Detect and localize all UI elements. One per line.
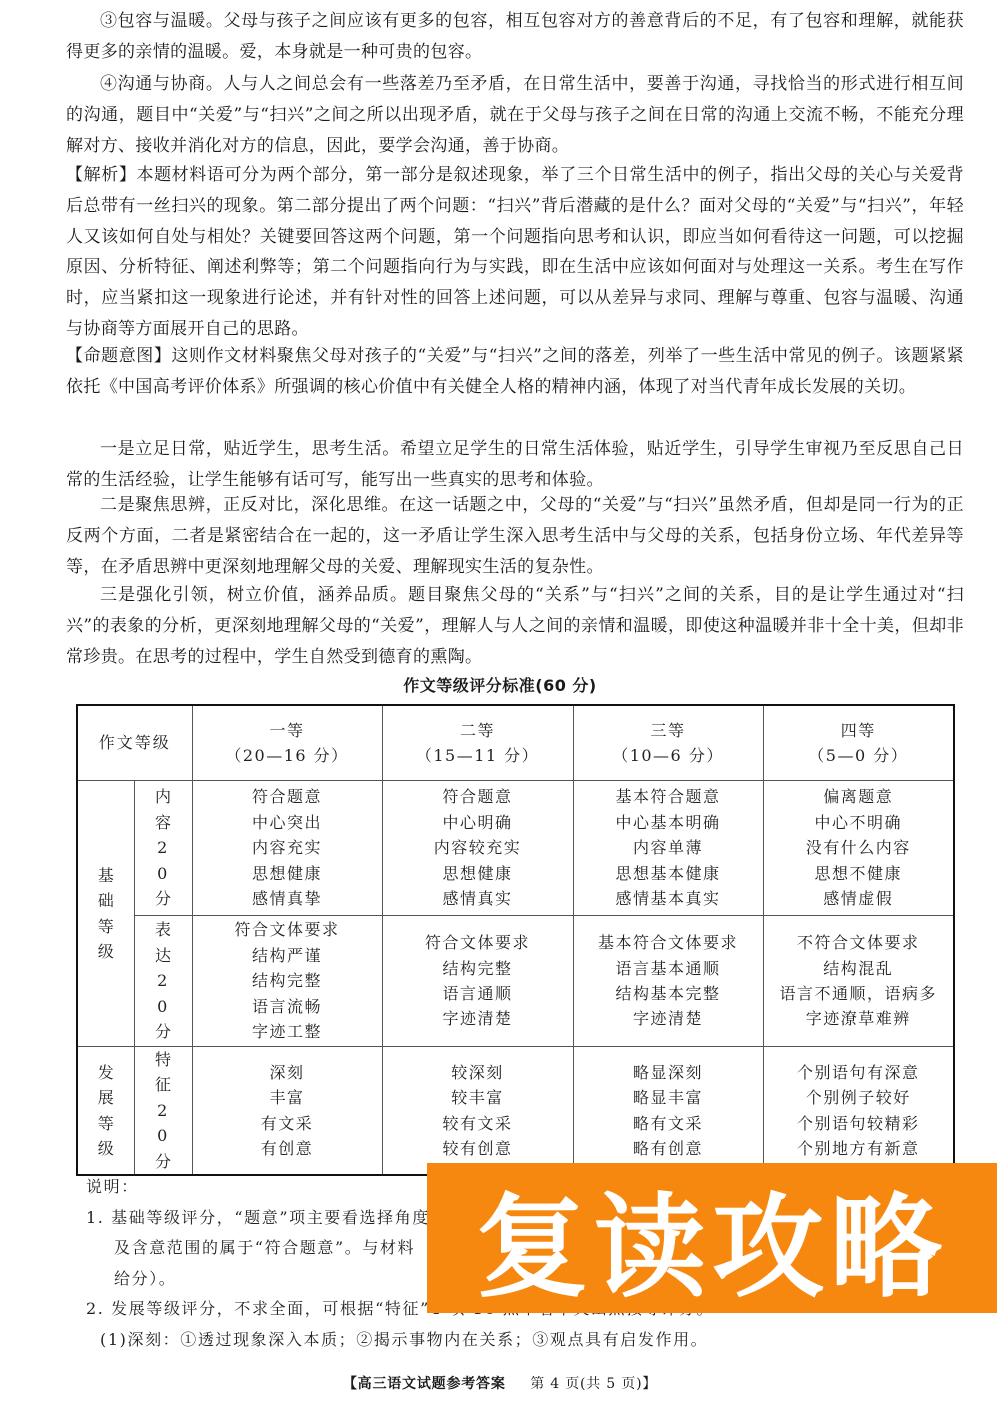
paragraph-point-two: 二是聚焦思辨，正反对比，深化思维。在这一话题之中，父母的“关爱”与“扫兴”虽然矛… [66,490,964,582]
table-row-content: 基础等级 内容20分 符合题意中心突出内容充实思想健康感情真挚 符合题意中心明确… [77,781,954,916]
watermark-banner: 复读攻略 [427,1163,997,1313]
group-label-develop: 发展等级 [77,1047,134,1176]
page-footer: 【高三语文试题参考答案 第 4 页(共 5 页)】 [0,1373,1000,1393]
grade-name: 三等 [574,718,763,743]
grade-range: （10—6 分） [574,743,763,768]
paragraph-analysis: 【解析】本题材料语可分为两个部分，第一部分是叙述现象，举了三个日常生活中的例子，… [66,160,964,345]
cell-content-grade4: 偏离题意中心不明确没有什么内容思想不健康感情虚假 [763,781,954,916]
cell-content-grade2: 符合题意中心明确内容较充实思想健康感情真实 [382,781,573,916]
paragraph-point-three: 三是强化引领，树立价值，涵养品质。题目聚焦父母的“关系”与“扫兴”之间的关系，目… [66,580,964,672]
cell-features-grade2: 较深刻较丰富较有文采较有创意 [382,1047,573,1176]
answer-key-page: ③包容与温暖。父母与孩子之间应该有更多的包容，相互包容对方的善意背后的不足，有了… [0,0,1000,1407]
cell-expression-grade3: 基本符合文体要求语言基本通顺结构基本完整字迹清楚 [573,916,763,1047]
row-label-content: 内容20分 [134,781,192,916]
grade-header-1: 一等 （20—16 分） [192,705,382,781]
grade-range: （5—0 分） [764,743,954,768]
table-header-row: 作文等级 一等 （20—16 分） 二等 （15—11 分） 三等 （10—6 … [77,705,954,781]
grade-header-3: 三等 （10—6 分） [573,705,763,781]
table-row-features: 发展等级 特征20分 深刻丰富有文采有创意 较深刻较丰富较有文采较有创意 略显深… [77,1047,954,1176]
cell-features-grade4: 个别语句有深意个别例子较好个别语句较精彩个别地方有新意 [763,1047,954,1176]
grade-name: 一等 [193,718,382,743]
group-label-basic: 基础等级 [77,781,134,1047]
cell-content-grade1: 符合题意中心突出内容充实思想健康感情真挚 [192,781,382,916]
footer-doc-title: 【高三语文试题参考答案 [343,1376,506,1392]
grade-name: 二等 [383,718,573,743]
cell-expression-grade4: 不符合文体要求结构混乱语言不通顺，语病多字迹潦草难辨 [763,916,954,1047]
paragraph-intent: 【命题意图】这则作文材料聚焦父母对孩子的“关爱”与“扫兴”之间的落差，列举了一些… [66,341,964,403]
cell-features-grade3: 略显深刻略显丰富略有文采略有创意 [573,1047,763,1176]
note-line-5: (1)深刻：①透过现象深入本质；②揭示事物内在关系；③观点具有启发作用。 [86,1325,966,1356]
cell-features-grade1: 深刻丰富有文采有创意 [192,1047,382,1176]
row-label-features: 特征20分 [134,1047,192,1176]
footer-page-info: 第 4 页(共 5 页)】 [530,1376,657,1392]
paragraph-communication: ④沟通与协商。人与人之间总会有一些落差乃至矛盾，在日常生活中，要善于沟通，寻找恰… [66,69,964,161]
cell-expression-grade1: 符合文体要求结构严谨结构完整语言流畅字迹工整 [192,916,382,1047]
grade-header-4: 四等 （5—0 分） [763,705,954,781]
table-corner-header: 作文等级 [77,705,192,781]
table-title: 作文等级评分标准(60 分) [0,673,1000,696]
cell-expression-grade2: 符合文体要求结构完整语言通顺字迹清楚 [382,916,573,1047]
paragraph-tolerance-warmth: ③包容与温暖。父母与孩子之间应该有更多的包容，相互包容对方的善意背后的不足，有了… [66,6,964,68]
grade-name: 四等 [764,718,954,743]
grade-range: （15—11 分） [383,743,573,768]
grade-header-2: 二等 （15—11 分） [382,705,573,781]
grade-range: （20—16 分） [193,743,382,768]
cell-content-grade3: 基本符合题意中心基本明确内容单薄思想基本健康感情基本真实 [573,781,763,916]
row-label-expression: 表达20分 [134,916,192,1047]
table-row-expression: 表达20分 符合文体要求结构严谨结构完整语言流畅字迹工整 符合文体要求结构完整语… [77,916,954,1047]
grading-table: 作文等级 一等 （20—16 分） 二等 （15—11 分） 三等 （10—6 … [76,704,955,1176]
paragraph-point-one: 一是立足日常，贴近学生，思考生活。希望立足学生的日常生活体验，贴近学生，引导学生… [66,434,964,496]
